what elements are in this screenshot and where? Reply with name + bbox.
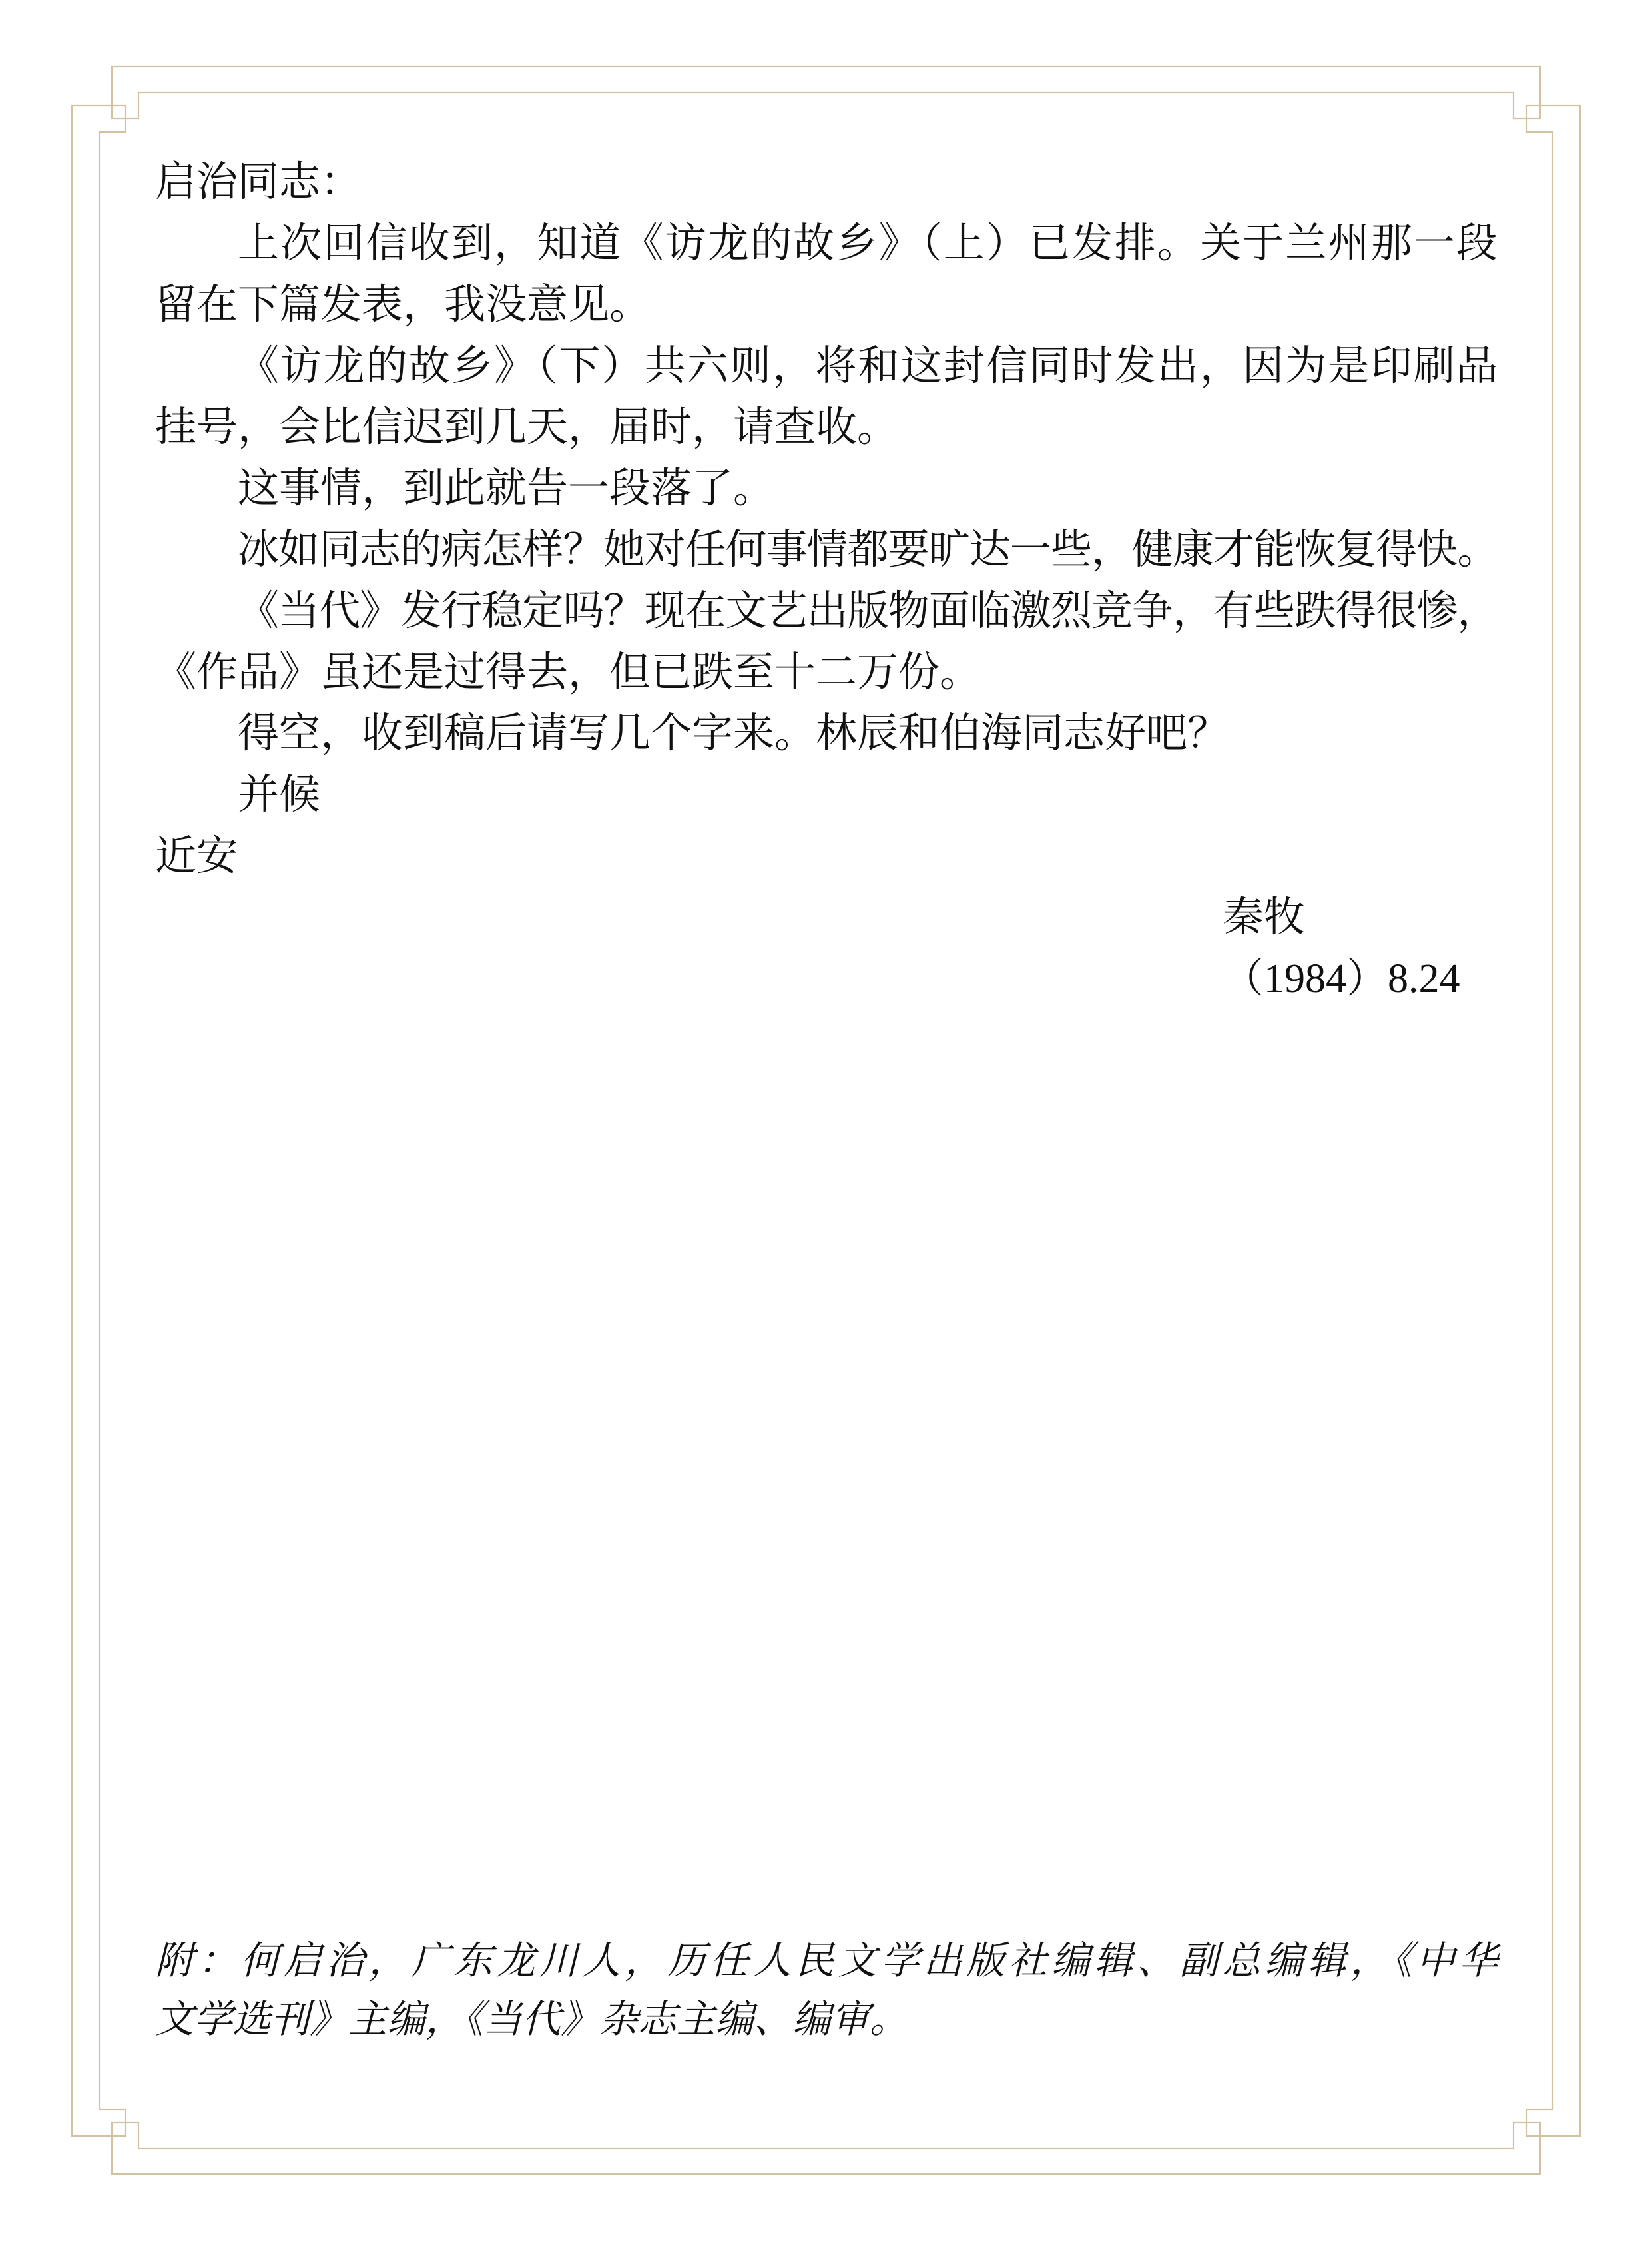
letter-salutation: 启治同志： [155,152,1498,213]
letter-page: 启治同志： 上次回信收到，知道《访龙的故乡》（上）已发排。关于兰州那一段 留在下… [0,0,1652,2242]
letter-line: 冰如同志的病怎样？她对任何事情都要旷达一些，健康才能恢复得快。 [155,519,1498,581]
footer-note: 附：何启治，广东龙川人，历任人民文学出版社编辑、副总编辑，《中华 文学选刊》主编… [155,1932,1498,2049]
letter-line: 近安 [155,826,1498,887]
letter-line: 得空，收到稿后请写几个字来。林辰和伯海同志好吧？ [155,703,1498,764]
letter-line: 上次回信收到，知道《访龙的故乡》（上）已发排。关于兰州那一段 [155,213,1498,274]
letter-line: 《作品》虽还是过得去，但已跌至十二万份。 [155,642,1498,703]
letter-line: 《当代》发行稳定吗？现在文艺出版物面临激烈竞争，有些跌得很惨， [155,581,1498,642]
footer-line: 附：何启治，广东龙川人，历任人民文学出版社编辑、副总编辑，《中华 [155,1932,1498,1990]
letter-line: 并候 [155,764,1498,826]
letter-line: 这事情，到此就告一段落了。 [155,458,1498,519]
letter-line: 挂号，会比信迟到几天，届时，请查收。 [155,397,1498,458]
signature-name: 秦牧 [1223,887,1498,948]
signature-date: （1984）8.24 [1223,948,1498,1009]
letter-line: 留在下篇发表，我没意见。 [155,274,1498,336]
letter-line: 《访龙的故乡》（下）共六则，将和这封信同时发出，因为是印刷品 [155,336,1498,397]
footer-line: 文学选刊》主编，《当代》杂志主编、编审。 [155,1990,1498,2049]
letter-body: 启治同志： 上次回信收到，知道《访龙的故乡》（上）已发排。关于兰州那一段 留在下… [155,152,1498,1009]
